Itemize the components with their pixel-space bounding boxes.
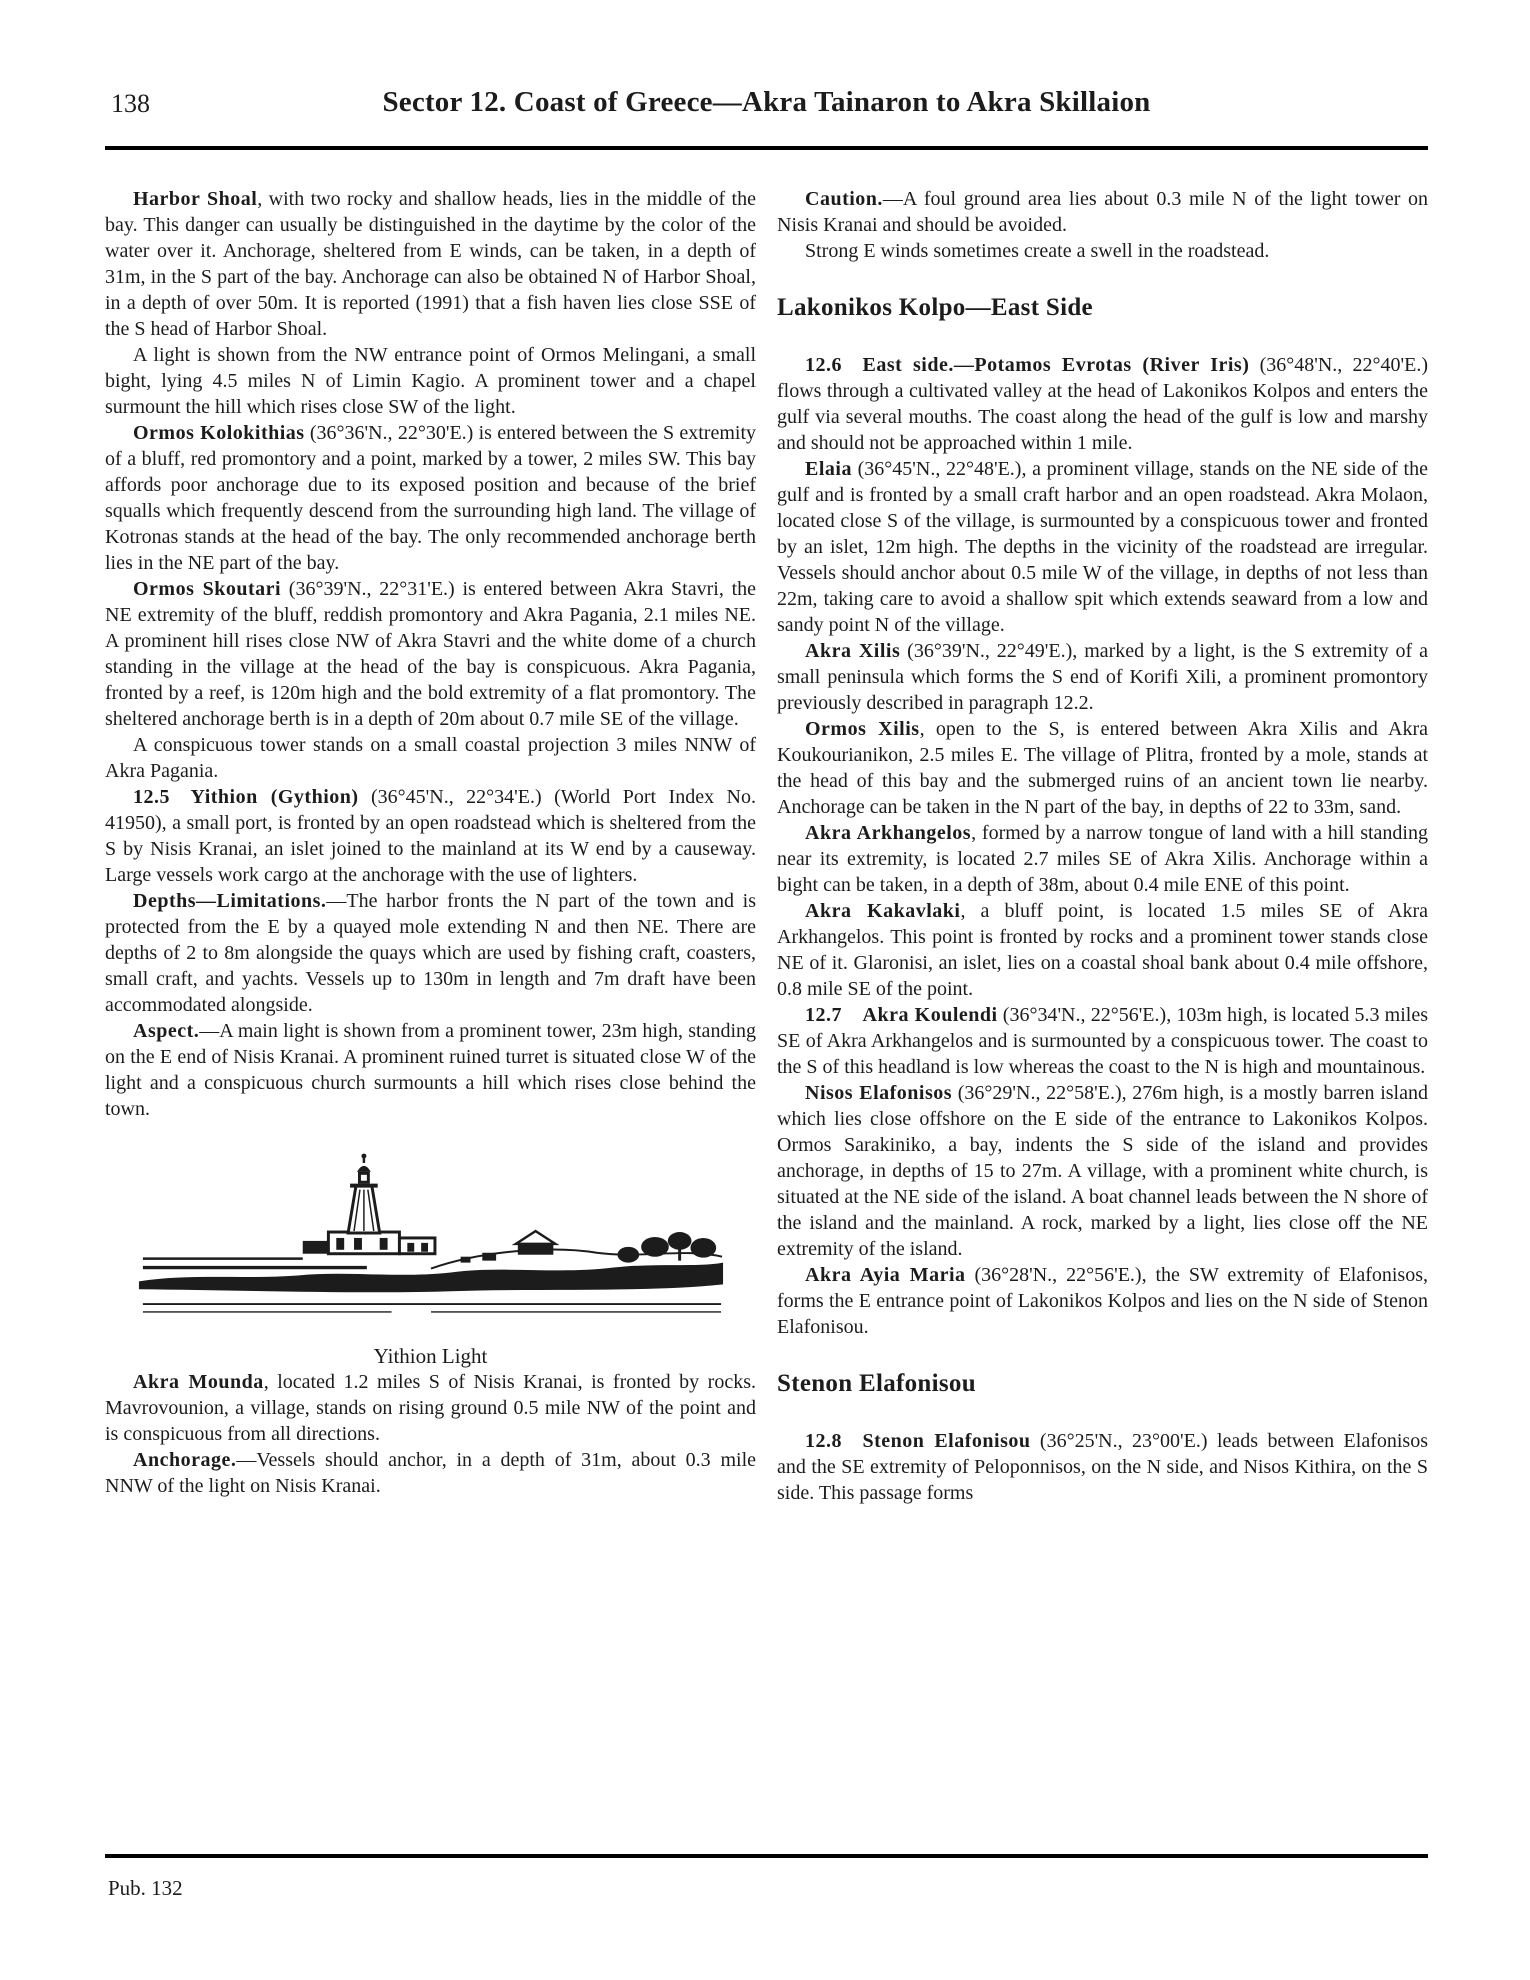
paragraph-ormos-kolokithias: Ormos Kolokithias (36°36'N., 22°30'E.) i…	[105, 420, 756, 576]
paragraph-text: (36°36'N., 22°30'E.) is entered between …	[105, 422, 756, 574]
header-rule	[105, 146, 1428, 150]
paragraph-text: A light is shown from the NW entrance po…	[105, 344, 756, 418]
feature-name: Nisos Elafonisos	[805, 1082, 952, 1104]
paragraph-12-7-akra-koulendi: 12.7 Akra Koulendi (36°34'N., 22°56'E.),…	[777, 1002, 1428, 1080]
paragraph-akra-mounda: Akra Mounda, located 1.2 miles S of Nisi…	[105, 1369, 756, 1447]
paragraph-strong-winds: Strong E winds sometimes create a swell …	[777, 238, 1428, 264]
paragraph-conspicuous-tower: A conspicuous tower stands on a small co…	[105, 732, 756, 784]
text-columns: Harbor Shoal, with two rocky and shallow…	[105, 186, 1428, 1848]
paragraph-text: Strong E winds sometimes create a swell …	[805, 240, 1269, 262]
feature-name: Anchorage.	[133, 1449, 236, 1471]
paragraph-depths-limitations: Depths—Limitations.—The harbor fronts th…	[105, 888, 756, 1018]
paragraph-12-5-yithion: 12.5 Yithion (Gythion) (36°45'N., 22°34'…	[105, 784, 756, 888]
paragraph-text: (36°29'N., 22°58'E.), 276m high, is a mo…	[777, 1082, 1428, 1260]
feature-name: Ormos Kolokithias	[133, 422, 305, 444]
paragraph-elaia: Elaia (36°45'N., 22°48'E.), a prominent …	[777, 456, 1428, 638]
paragraph-harbor-shoal: Harbor Shoal, with two rocky and shallow…	[105, 186, 756, 342]
left-column: Harbor Shoal, with two rocky and shallow…	[105, 186, 756, 1848]
paragraph-aspect: Aspect.—A main light is shown from a pro…	[105, 1018, 756, 1122]
paragraph-caution: Caution.—A foul ground area lies about 0…	[777, 186, 1428, 238]
feature-name: Akra Xilis	[805, 640, 900, 662]
paragraph-12-6-east-side: 12.6 East side.—Potamos Evrotas (River I…	[777, 352, 1428, 456]
section-heading-stenon: Stenon Elafonisou	[777, 1370, 1428, 1398]
page-header: 138 Sector 12. Coast of Greece—Akra Tain…	[105, 86, 1428, 126]
feature-name: Akra Kakavlaki	[805, 900, 960, 922]
paragraph-text: (36°45'N., 22°48'E.), a prominent villag…	[777, 458, 1428, 636]
feature-name: Akra Ayia Maria	[805, 1264, 966, 1286]
paragraph-text: , with two rocky and shallow heads, lies…	[105, 188, 756, 340]
paragraph-ormos-skoutari: Ormos Skoutari (36°39'N., 22°31'E.) is e…	[105, 576, 756, 732]
document-page: 138 Sector 12. Coast of Greece—Akra Tain…	[0, 0, 1530, 1980]
paragraph-text: (36°39'N., 22°31'E.) is entered between …	[105, 578, 756, 730]
section-number-and-feature-name: 12.8 Stenon Elafonisou	[805, 1430, 1030, 1452]
paragraph-akra-xilis: Akra Xilis (36°39'N., 22°49'E.), marked …	[777, 638, 1428, 716]
paragraph-akra-kakavlaki: Akra Kakavlaki, a bluff point, is locate…	[777, 898, 1428, 1002]
paragraph-ormos-melingani-light: A light is shown from the NW entrance po…	[105, 342, 756, 420]
figure-caption: Yithion Light	[135, 1344, 727, 1369]
footer-rule	[105, 1854, 1428, 1858]
section-number-and-feature-name: 12.5 Yithion (Gythion)	[133, 786, 359, 808]
feature-name: Harbor Shoal	[133, 188, 257, 210]
section-heading-lakonikos: Lakonikos Kolpo—East Side	[777, 294, 1428, 322]
feature-name: Elaia	[805, 458, 852, 480]
section-number-and-feature-name: 12.7 Akra Koulendi	[805, 1004, 998, 1026]
feature-name: Depths—Limitations.	[133, 890, 326, 912]
paragraph-anchorage: Anchorage.—Vessels should anchor, in a d…	[105, 1447, 756, 1499]
page-title: Sector 12. Coast of Greece—Akra Tainaron…	[105, 86, 1428, 119]
paragraph-text: —A main light is shown from a prominent …	[105, 1020, 756, 1120]
paragraph-akra-arkhangelos: Akra Arkhangelos, formed by a narrow ton…	[777, 820, 1428, 898]
feature-name: Akra Arkhangelos	[805, 822, 971, 844]
feature-name: Ormos Xilis	[805, 718, 920, 740]
paragraph-text: A conspicuous tower stands on a small co…	[105, 734, 756, 782]
feature-name: Aspect.	[133, 1020, 199, 1042]
lighthouse-figure: Yithion Light	[135, 1146, 727, 1369]
paragraph-nisos-elafonisos: Nisos Elafonisos (36°29'N., 22°58'E.), 2…	[777, 1080, 1428, 1262]
paragraph-12-8-stenon-elafonisou: 12.8 Stenon Elafonisou (36°25'N., 23°00'…	[777, 1428, 1428, 1506]
feature-name: Ormos Skoutari	[133, 578, 281, 600]
feature-name: Akra Mounda	[133, 1371, 264, 1393]
paragraph-ormos-xilis: Ormos Xilis, open to the S, is entered b…	[777, 716, 1428, 820]
section-number-and-feature-name: 12.6 East side.—Potamos Evrotas (River I…	[805, 354, 1249, 376]
footer-publication: Pub. 132	[108, 1876, 183, 1901]
feature-name: Caution.	[805, 188, 883, 210]
paragraph-akra-ayia-maria: Akra Ayia Maria (36°28'N., 22°56'E.), th…	[777, 1262, 1428, 1340]
lighthouse-illustration	[135, 1146, 727, 1322]
right-column: Caution.—A foul ground area lies about 0…	[777, 186, 1428, 1848]
